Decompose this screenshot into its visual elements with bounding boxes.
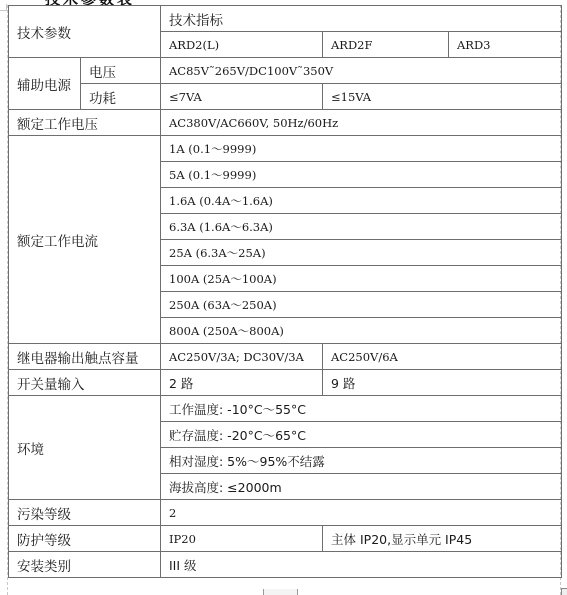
rated-current-value: 1.6A (0.4A～1.6A)	[161, 188, 562, 214]
rated-current-value: 250A (63A～250A)	[161, 292, 562, 318]
install-label: 安装类别	[9, 552, 161, 578]
environment-value: 贮存温度: -20°C～65°C	[161, 422, 562, 448]
pollution-value: 2	[161, 500, 562, 526]
rated-voltage-value: AC380V/AC660V, 50Hz/60Hz	[161, 110, 562, 136]
environment-label: 环境	[9, 396, 161, 500]
table-row-switch-input: 开关量输入 2 路 9 路	[9, 370, 562, 396]
environment-value: 海拔高度: ≤2000m	[161, 474, 562, 500]
switch-input-label: 开关量输入	[9, 370, 161, 396]
switch-input-value-ard2f-ard3: 9 路	[323, 370, 562, 396]
aux-power-value-ard2: ≤7VA	[161, 84, 323, 110]
relay-output-value-ard2f-ard3: AC250V/6A	[323, 344, 562, 370]
table-row-aux-power: 功耗 ≤7VA ≤15VA	[9, 84, 562, 110]
relay-output-value-ard2: AC250V/3A; DC30V/3A	[161, 344, 323, 370]
resize-handle-icon[interactable]	[561, 588, 567, 595]
rated-current-value: 800A (250A～800A)	[161, 318, 562, 344]
environment-value: 工作温度: -10°C～55°C	[161, 396, 562, 422]
table-row-rated-voltage: 额定工作电压 AC380V/AC660V, 50Hz/60Hz	[9, 110, 562, 136]
protection-value-ard2f-ard3: 主体 IP20,显示单元 IP45	[323, 526, 562, 552]
protection-label: 防护等级	[9, 526, 161, 552]
aux-voltage-label: 电压	[81, 58, 161, 84]
table-row-header: 技术参数 技术指标	[9, 6, 562, 32]
table-row-install: 安装类别 III 级	[9, 552, 562, 578]
switch-input-value-ard2: 2 路	[161, 370, 323, 396]
page-corner-mark	[0, 4, 7, 11]
horizontal-scroll-handle[interactable]	[263, 589, 298, 595]
rated-voltage-label: 额定工作电压	[9, 110, 161, 136]
relay-output-label: 继电器输出触点容量	[9, 344, 161, 370]
table-row-protection: 防护等级 IP20 主体 IP20,显示单元 IP45	[9, 526, 562, 552]
header-indicator-label: 技术指标	[161, 6, 562, 32]
table-row-pollution: 污染等级 2	[9, 500, 562, 526]
protection-value-ard2: IP20	[161, 526, 323, 552]
rated-current-value: 5A (0.1～9999)	[161, 162, 562, 188]
model-ard3: ARD3	[449, 32, 562, 58]
pollution-label: 污染等级	[9, 500, 161, 526]
aux-power-label: 辅助电源	[9, 58, 81, 110]
aux-power-consumption-label: 功耗	[81, 84, 161, 110]
install-value: III 级	[161, 552, 562, 578]
rated-current-value: 6.3A (1.6A～6.3A)	[161, 214, 562, 240]
model-ard2f: ARD2F	[323, 32, 449, 58]
table-row-relay-output: 继电器输出触点容量 AC250V/3A; DC30V/3A AC250V/6A	[9, 344, 562, 370]
rated-current-label: 额定工作电流	[9, 136, 161, 344]
table-row-rated-current: 额定工作电流 1A (0.1～9999)	[9, 136, 562, 162]
model-ard2: ARD2(L)	[161, 32, 323, 58]
table-row-aux-voltage: 辅助电源 电压 AC85V˜265V/DC100V˜350V	[9, 58, 562, 84]
rated-current-value: 1A (0.1～9999)	[161, 136, 562, 162]
environment-value: 相对湿度: 5%～95%不结露	[161, 448, 562, 474]
aux-voltage-value: AC85V˜265V/DC100V˜350V	[161, 58, 562, 84]
rated-current-value: 25A (6.3A～25A)	[161, 240, 562, 266]
aux-power-value-ard2f-ard3: ≤15VA	[323, 84, 562, 110]
spec-table: 技术参数 技术指标 ARD2(L) ARD2F ARD3 辅助电源 电压 AC8…	[8, 5, 562, 578]
table-row-environment: 环境 工作温度: -10°C～55°C	[9, 396, 562, 422]
header-param-label: 技术参数	[9, 6, 161, 58]
rated-current-value: 100A (25A～100A)	[161, 266, 562, 292]
